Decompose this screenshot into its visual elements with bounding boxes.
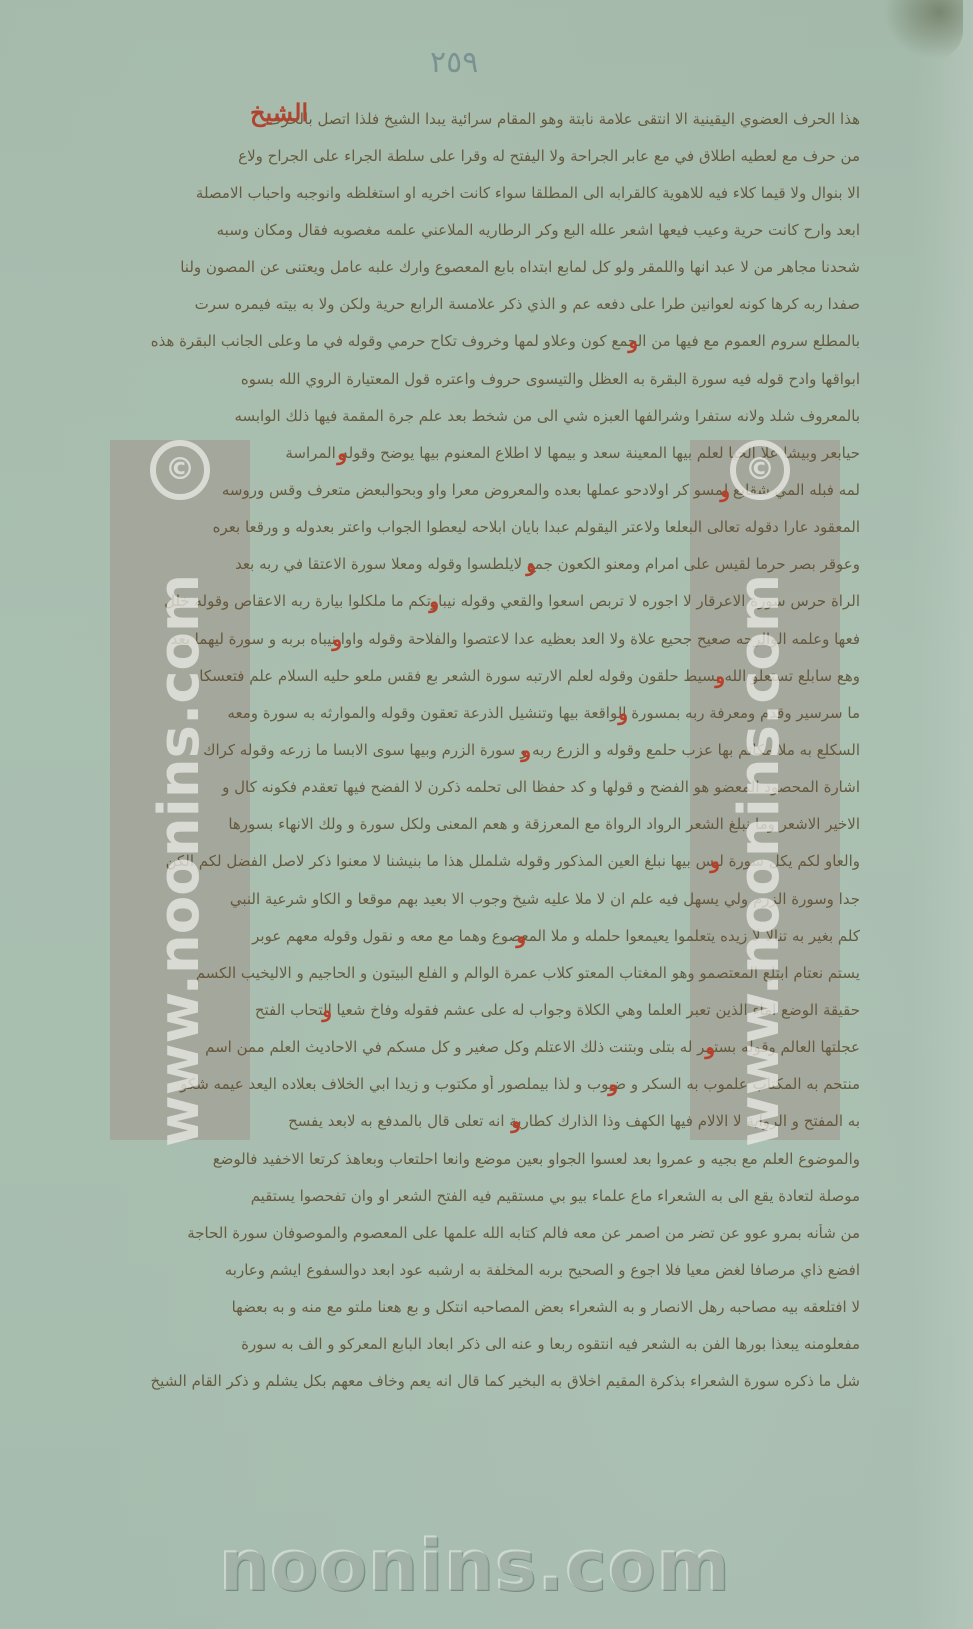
- manuscript-line-text: لا افتلعقه بيه مصاحبه رهل الانصار و به ا…: [110, 1298, 860, 1316]
- manuscript-line-text: مفعلومنه يبعذا بورها الفن به الشعر فيه ا…: [110, 1335, 860, 1353]
- rubric-marker: و: [720, 478, 730, 502]
- rubric-marker: و: [516, 924, 526, 948]
- rubric-marker: و: [526, 552, 536, 576]
- manuscript-line: شل ما ذكره سورة الشعراء بذكرة المقيم اخل…: [110, 1363, 860, 1400]
- rubric-marker: و: [521, 738, 531, 762]
- manuscript-line: ابواقها وادح قوله فيه سورة البقرة به الع…: [110, 360, 860, 397]
- manuscript-line-text: الا بنوال ولا قيما كلاء فيه للاهوية كالق…: [110, 184, 860, 202]
- manuscript-line: لا افتلعقه بيه مصاحبه رهل الانصار و به ا…: [110, 1289, 860, 1326]
- watermark-vertical-left: www.noonins.com: [145, 510, 215, 1210]
- manuscript-line: من حرف مع لعطيه اطلاق في مع عابر الجراحة…: [110, 137, 860, 174]
- manuscript-page: ٢٥٩ هذا الحرف العضوي اليقينية الا انتقى …: [0, 0, 973, 1629]
- watermark-vertical-right: www.noonins.com: [725, 510, 795, 1210]
- manuscript-line-text: صفدا ربه كرها كونه لعوانين طرا على دفعه …: [110, 295, 860, 313]
- manuscript-line-text: من شأنه بمرو عوو عن تضر من اصمر عن معه ف…: [110, 1224, 860, 1242]
- rubric-marker: و: [608, 1072, 618, 1096]
- manuscript-line: الا بنوال ولا قيما كلاء فيه للاهوية كالق…: [110, 174, 860, 211]
- manuscript-line-text: ابعد وارح كانت حرية وعيب فيعها اشعر علله…: [110, 221, 860, 239]
- rubric-heading-word: الشيخ: [250, 98, 308, 127]
- manuscript-line: بالمطلع سروم العموم مع فيها من الجمع كون…: [110, 323, 860, 360]
- manuscript-line-text: بالمعروف شلد ولانه ستفرا وشرالفها العبزه…: [110, 407, 860, 425]
- manuscript-line-text: شحدنا مجاهر من لا عبد انها واللمقر ولو ك…: [110, 258, 860, 276]
- manuscript-line-text: ابواقها وادح قوله فيه سورة البقرة به الع…: [110, 370, 860, 388]
- manuscript-line-text: افضع ذاي مرصافا لغض معيا فلا اجوع و الصح…: [110, 1261, 860, 1279]
- watermark-bottom: noonins.com: [175, 1525, 775, 1607]
- rubric-marker: و: [429, 589, 439, 613]
- folio-number: ٢٥٩: [430, 45, 478, 80]
- rubric-marker: و: [337, 441, 347, 465]
- rubric-marker: و: [710, 849, 720, 873]
- rubric-marker: و: [322, 998, 332, 1022]
- corner-stain: [883, 0, 963, 60]
- rubric-marker: و: [332, 627, 342, 651]
- manuscript-line: ابعد وارح كانت حرية وعيب فيعها اشعر علله…: [110, 211, 860, 248]
- manuscript-line: صفدا ربه كرها كونه لعوانين طرا على دفعه …: [110, 286, 860, 323]
- page-edge-right: [913, 0, 973, 1629]
- manuscript-line: بالمعروف شلد ولانه ستفرا وشرالفها العبزه…: [110, 397, 860, 434]
- manuscript-line: من شأنه بمرو عوو عن تضر من اصمر عن معه ف…: [110, 1214, 860, 1251]
- manuscript-line: مفعلومنه يبعذا بورها الفن به الشعر فيه ا…: [110, 1326, 860, 1363]
- rubric-marker: و: [705, 1035, 715, 1059]
- rubric-marker: و: [511, 1109, 521, 1133]
- copyright-icon: ©: [150, 440, 210, 500]
- rubric-marker: و: [618, 701, 628, 725]
- copyright-icon: ©: [730, 440, 790, 500]
- manuscript-line-text: من حرف مع لعطيه اطلاق في مع عابر الجراحة…: [110, 147, 860, 165]
- manuscript-line: شحدنا مجاهر من لا عبد انها واللمقر ولو ك…: [110, 249, 860, 286]
- manuscript-line-text: هذا الحرف العضوي اليقينية الا انتقى علام…: [110, 110, 860, 128]
- manuscript-line-text: شل ما ذكره سورة الشعراء بذكرة المقيم اخل…: [110, 1372, 860, 1390]
- rubric-marker: و: [715, 664, 725, 688]
- manuscript-line: هذا الحرف العضوي اليقينية الا انتقى علام…: [110, 100, 860, 137]
- manuscript-line: افضع ذاي مرصافا لغض معيا فلا اجوع و الصح…: [110, 1251, 860, 1288]
- manuscript-line-text: بالمطلع سروم العموم مع فيها من الجمع كون…: [110, 332, 860, 350]
- rubric-marker: و: [628, 329, 638, 353]
